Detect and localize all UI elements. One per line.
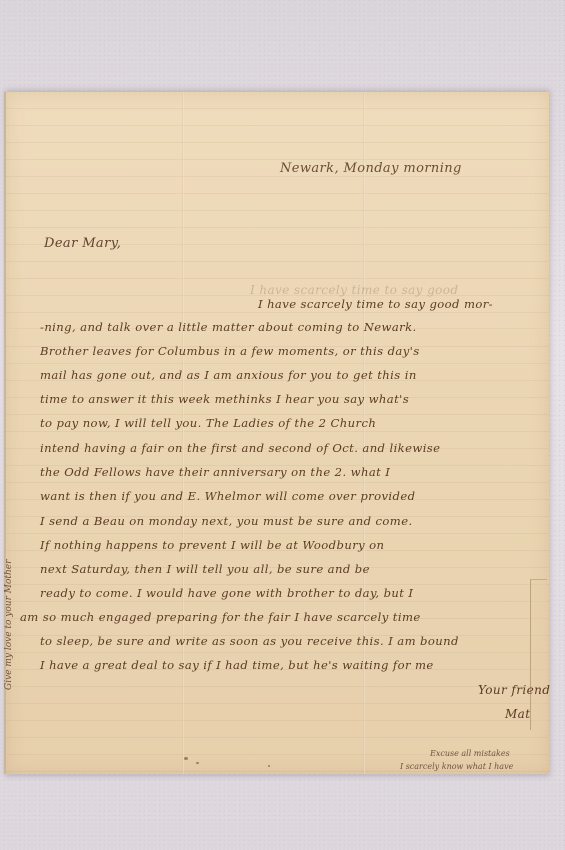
ink-spot [268,765,270,767]
body-line: next Saturday, then I will tell you all,… [40,562,370,576]
body-line: to sleep, be sure and write as soon as y… [40,634,459,648]
body-line: I have scarcely time to say good mor- [258,297,493,311]
postscript-line: Excuse all mistakes [430,749,510,758]
body-line: want is then if you and E. Whelmor will … [40,489,415,503]
body-line: am so much engaged preparing for the fai… [20,610,421,624]
body-line: -ning, and talk over a little matter abo… [40,320,417,334]
body-line: I send a Beau on monday next, you must b… [40,514,413,528]
ink-spot [184,757,188,760]
body-line: ready to come. I would have gone with br… [40,586,413,600]
faded-struck-line: I have scarcely time to say good [250,283,459,297]
letter-dateline: Newark, Monday morning [280,161,462,176]
body-line: Brother leaves for Columbus in a few mom… [40,344,420,358]
letter-closing: Your friend [478,683,550,697]
body-line: to pay now, I will tell you. The Ladies … [40,416,376,430]
torn-corner-flap [530,579,547,730]
body-line: time to answer it this week methinks I h… [40,392,409,406]
ink-spot [196,762,199,764]
margin-note-vertical: Give my love to your Mother [4,560,14,690]
body-line: intend having a fair on the first and se… [40,441,440,455]
body-line: I have a great deal to say if I had time… [40,658,434,672]
postscript-line: I scarcely know what I have [400,762,513,771]
letter-signature: Mat [505,707,530,721]
body-line: If nothing happens to prevent I will be … [40,538,384,552]
body-line: mail has gone out, and as I am anxious f… [40,368,417,382]
letter-salutation: Dear Mary, [44,236,121,251]
body-line: the Odd Fellows have their anniversary o… [40,465,390,479]
